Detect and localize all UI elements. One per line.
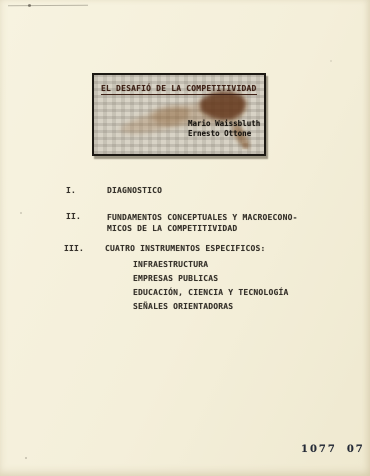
author-line: Ernesto Ottone bbox=[188, 129, 260, 139]
scan-speckle bbox=[20, 212, 22, 214]
outline-item-instrumentos: CUATRO INSTRUMENTOS ESPECIFICOS: bbox=[105, 244, 266, 253]
cover-title: EL DESAFIÓ DE LA COMPETITIVIDAD bbox=[101, 84, 257, 95]
sub-item-infraestructura: INFRAESTRUCTURA bbox=[133, 258, 289, 272]
stamp-number-left: 1077 bbox=[301, 444, 337, 455]
outline-item-line: MICOS DE LA COMPETITIVIDAD bbox=[107, 223, 298, 234]
sub-item-empresas-publicas: EMPRESAS PUBLICAS bbox=[133, 272, 289, 286]
scan-speckle bbox=[330, 60, 332, 62]
outline-numeral-3: III. bbox=[64, 244, 84, 253]
outline-sub-list: INFRAESTRUCTURA EMPRESAS PUBLICAS EDUCAC… bbox=[133, 258, 289, 314]
author-line: Mario Waissbluth bbox=[188, 119, 260, 129]
outline-numeral-1: I. bbox=[66, 186, 76, 195]
outline-item-fundamentos: FUNDAMENTOS CONCEPTUALES Y MACROECONO- M… bbox=[107, 212, 298, 234]
sub-item-educacion-ciencia-tecnologia: EDUCACIÓN, CIENCIA Y TECNOLOGÍA bbox=[133, 286, 289, 300]
cover-card: EL DESAFIÓ DE LA COMPETITIVIDAD Mario Wa… bbox=[92, 73, 266, 156]
scan-speckle bbox=[25, 457, 27, 459]
page-number-stamp: 1077 07 bbox=[301, 444, 365, 455]
sub-item-senales-orientadoras: SEÑALES ORIENTADORAS bbox=[133, 300, 289, 314]
outline-numeral-2: II. bbox=[66, 212, 81, 221]
stamp-number-right: 07 bbox=[347, 444, 365, 455]
scan-speckle bbox=[28, 4, 31, 7]
cover-authors: Mario Waissbluth Ernesto Ottone bbox=[188, 119, 260, 139]
outline-item-line: FUNDAMENTOS CONCEPTUALES Y MACROECONO- bbox=[107, 212, 298, 223]
scan-artifact-line bbox=[8, 5, 88, 7]
outline-item-diagnostico: DIAGNOSTICO bbox=[107, 186, 162, 195]
scanned-document-page: EL DESAFIÓ DE LA COMPETITIVIDAD Mario Wa… bbox=[0, 0, 370, 476]
